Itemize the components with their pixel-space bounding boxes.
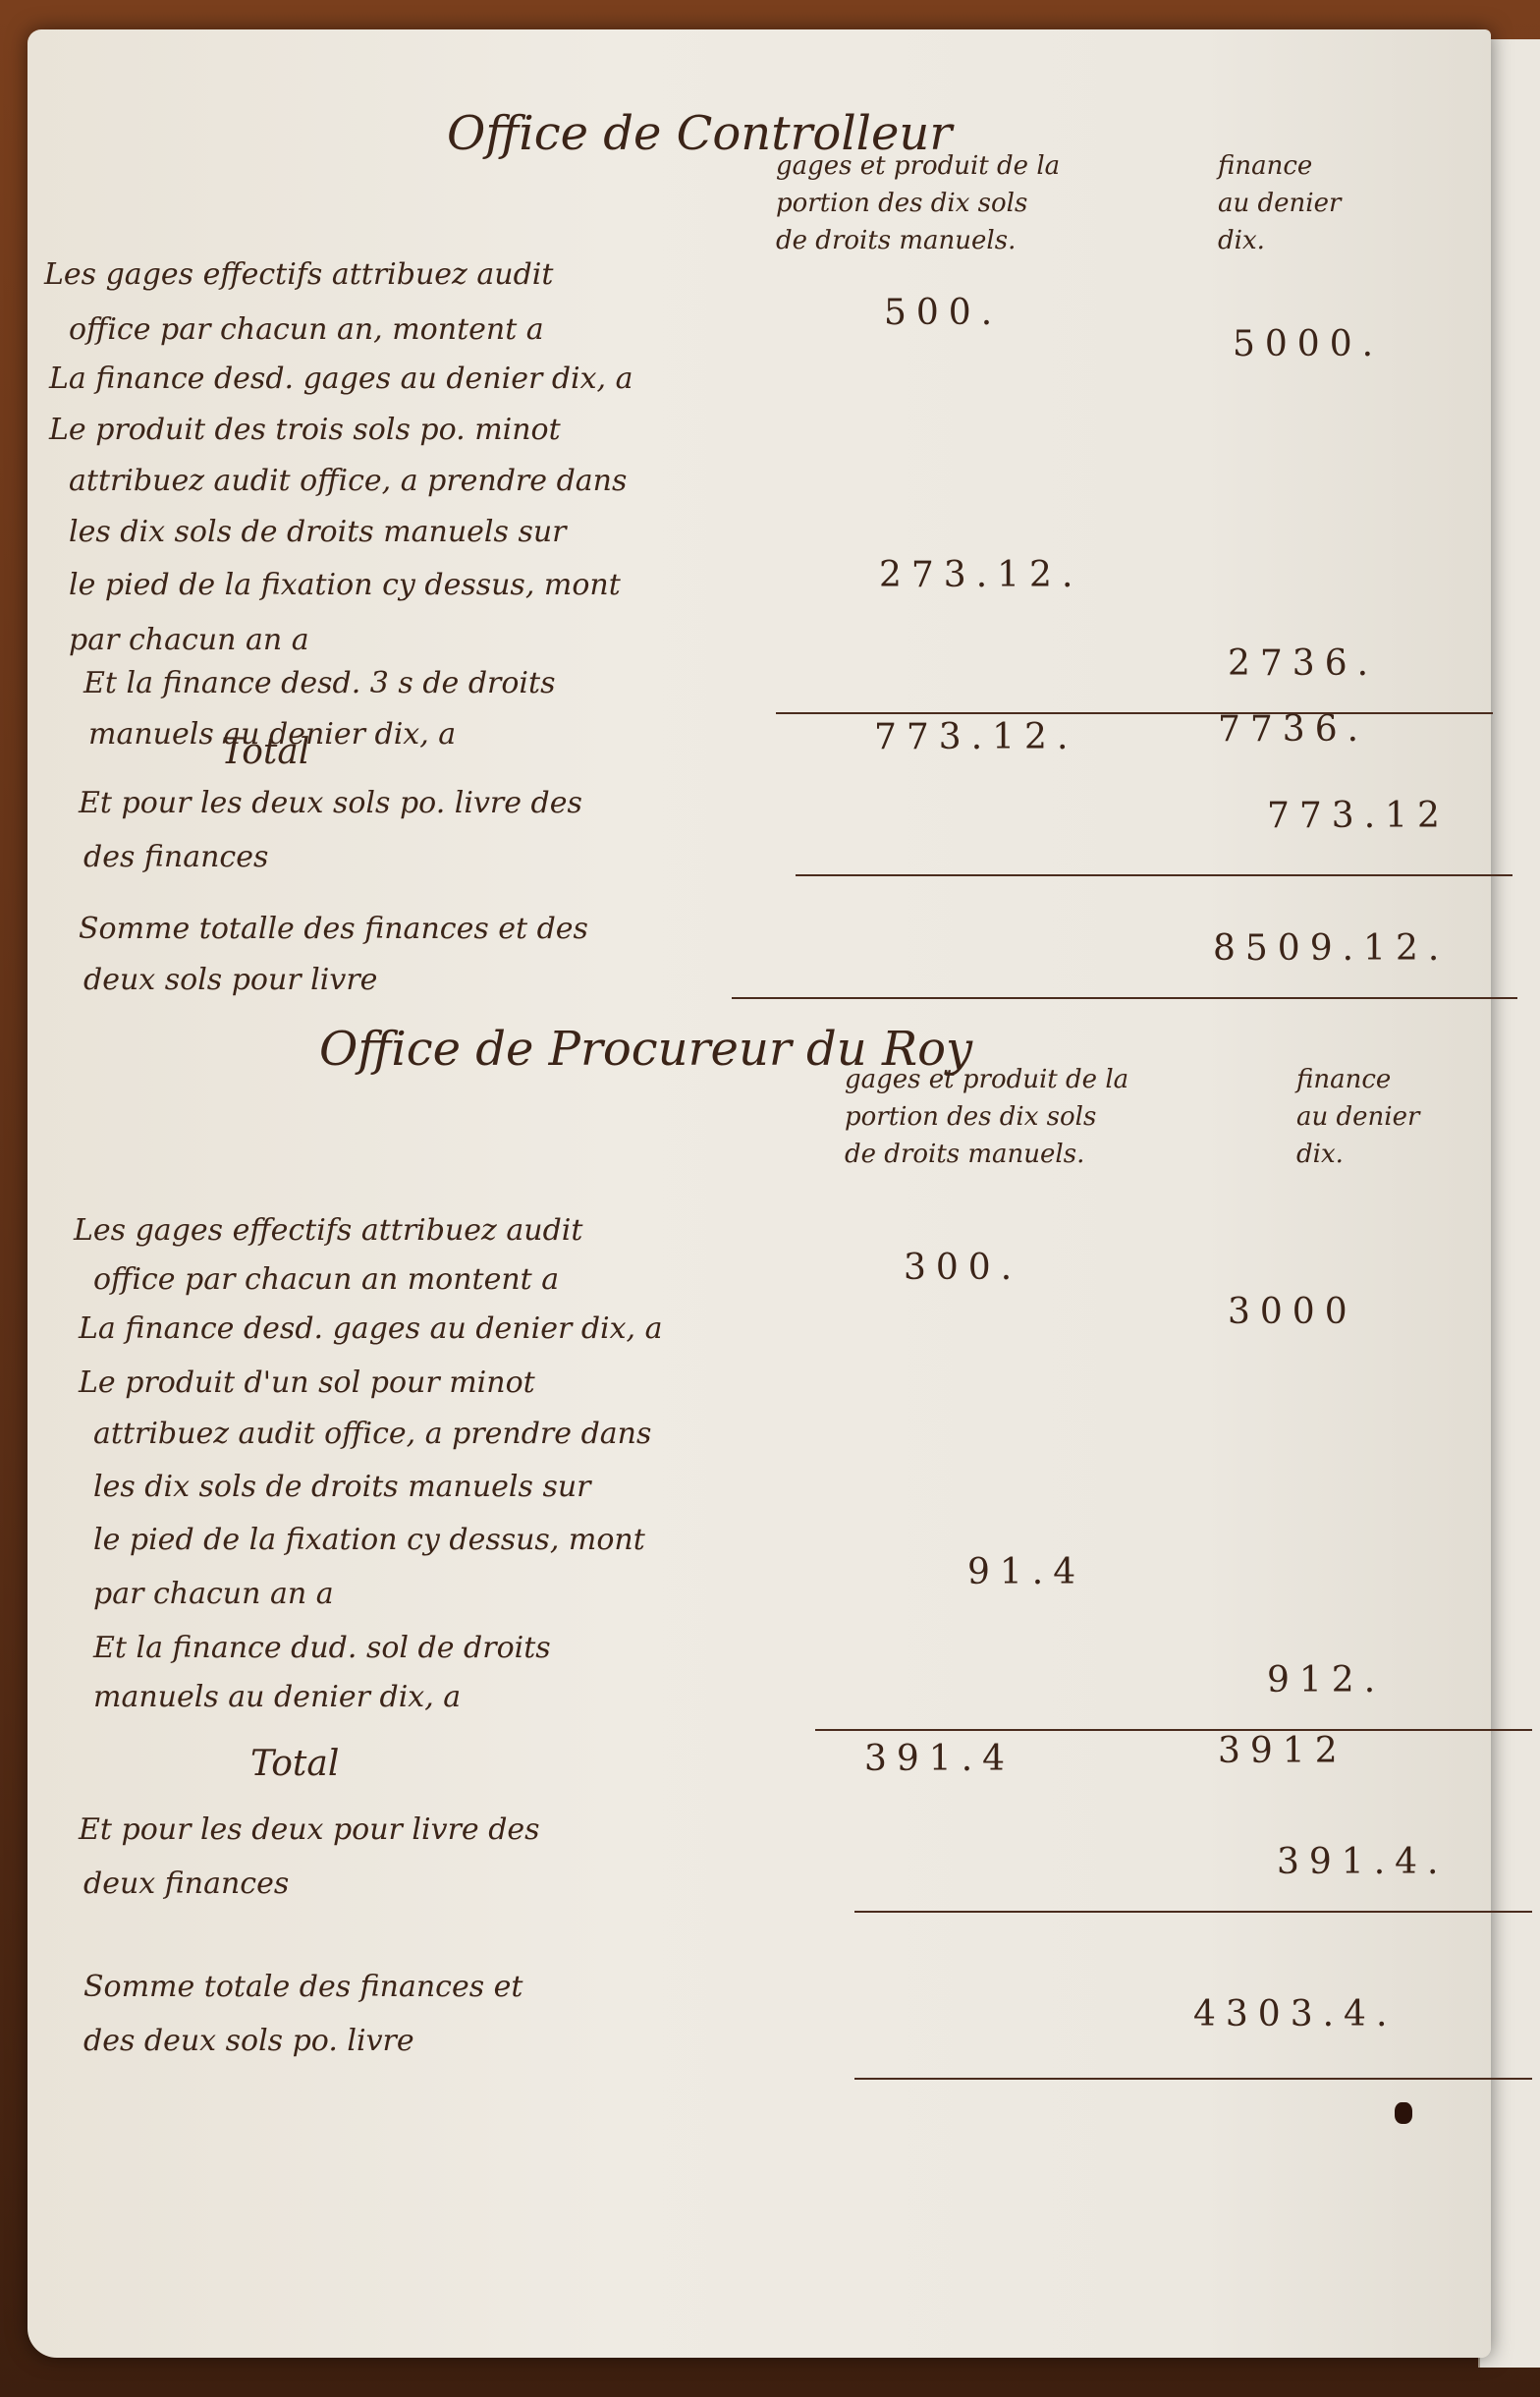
header-line: de droits manuels. — [776, 222, 1060, 259]
entry-label: Et la finance dud. sol de droits — [93, 1631, 551, 1665]
rule-line — [776, 712, 1493, 714]
entry-label: office par chacun an montent a — [93, 1262, 559, 1297]
entry-label: les dix sols de droits manuels sur — [93, 1470, 591, 1504]
entry-label: Et pour les deux sols po. livre des — [79, 786, 582, 820]
entry-label: Le produit d'un sol pour minot — [79, 1366, 535, 1400]
amount-col1: 500. — [884, 293, 1002, 333]
rule-line — [854, 1911, 1532, 1913]
total-label: Total — [221, 732, 309, 772]
amount-col2: 3000 — [1228, 1292, 1357, 1332]
header-line: au denier — [1296, 1098, 1419, 1136]
amount-col2: 5000. — [1233, 324, 1383, 364]
ink-blot — [1395, 2102, 1412, 2124]
total-col2: 7736. — [1218, 709, 1368, 750]
entry-label: attribuez audit office, a prendre dans — [69, 464, 627, 498]
rule-line — [815, 1729, 1532, 1731]
entry-label: par chacun an a — [93, 1577, 334, 1611]
amount-col2: 773.12 — [1267, 796, 1450, 836]
rule-line — [854, 2078, 1532, 2080]
header-line: finance — [1296, 1061, 1419, 1098]
entry-label: les dix sols de droits manuels sur — [69, 515, 567, 549]
header-line: portion des dix sols — [776, 185, 1060, 222]
amount-col1: 300. — [904, 1248, 1021, 1288]
entry-label: La finance desd. gages au denier dix, a — [79, 1311, 663, 1346]
entry-label: Les gages effectifs attribuez audit — [44, 257, 553, 292]
amount-col1: 91.4 — [967, 1552, 1085, 1592]
grand-total-label: des deux sols po. livre — [83, 2024, 414, 2058]
total-col1: 773.12. — [874, 717, 1077, 757]
header-line: dix. — [1296, 1136, 1419, 1173]
grand-total-value: 8509.12. — [1213, 928, 1449, 969]
entry-label: deux finances — [83, 1867, 289, 1901]
header-line: dix. — [1218, 222, 1341, 259]
amount-col2: 391.4. — [1277, 1842, 1449, 1882]
column-header-finance: finance au denier dix. — [1218, 147, 1341, 259]
header-line: gages et produit de la — [845, 1061, 1128, 1098]
amount-col2: 2736. — [1228, 643, 1378, 684]
entry-label: Et la finance desd. 3 s de droits — [83, 666, 555, 700]
entry-label: Et pour les deux pour livre des — [79, 1812, 540, 1847]
entry-label: La finance desd. gages au denier dix, a — [49, 362, 633, 396]
header-line: gages et produit de la — [776, 147, 1060, 185]
entry-label: Le produit des trois sols po. minot — [49, 413, 561, 447]
entry-label: par chacun an a — [69, 623, 309, 657]
header-line: de droits manuels. — [845, 1136, 1128, 1173]
entry-label: le pied de la fixation cy dessus, mont — [69, 568, 621, 602]
total-col2: 3912 — [1218, 1731, 1347, 1771]
grand-total-label: Somme totalle des finances et des — [79, 912, 588, 946]
header-line: finance — [1218, 147, 1341, 185]
total-label: Total — [250, 1744, 339, 1784]
column-header-gages: gages et produit de la portion des dix s… — [845, 1061, 1128, 1173]
total-col1: 391.4 — [864, 1739, 1015, 1779]
header-line: portion des dix sols — [845, 1098, 1128, 1136]
column-header-finance: finance au denier dix. — [1296, 1061, 1419, 1173]
entry-label: office par chacun an, montent a — [69, 312, 544, 347]
header-line: au denier — [1218, 185, 1341, 222]
entry-label: le pied de la fixation cy dessus, mont — [93, 1523, 645, 1557]
amount-col1: 273.12. — [879, 555, 1082, 595]
grand-total-label: deux sols pour livre — [83, 963, 377, 997]
grand-total-value: 4303.4. — [1193, 1994, 1397, 2035]
amount-col2: 912. — [1267, 1660, 1385, 1700]
entry-label: manuels au denier dix, a — [93, 1680, 461, 1714]
entry-label: des finances — [83, 840, 268, 874]
column-header-gages: gages et produit de la portion des dix s… — [776, 147, 1060, 259]
grand-total-label: Somme totale des finances et — [83, 1970, 522, 2004]
rule-line — [796, 874, 1512, 876]
entry-label: Les gages effectifs attribuez audit — [74, 1213, 582, 1248]
rule-line — [732, 997, 1517, 999]
entry-label: attribuez audit office, a prendre dans — [93, 1417, 651, 1451]
